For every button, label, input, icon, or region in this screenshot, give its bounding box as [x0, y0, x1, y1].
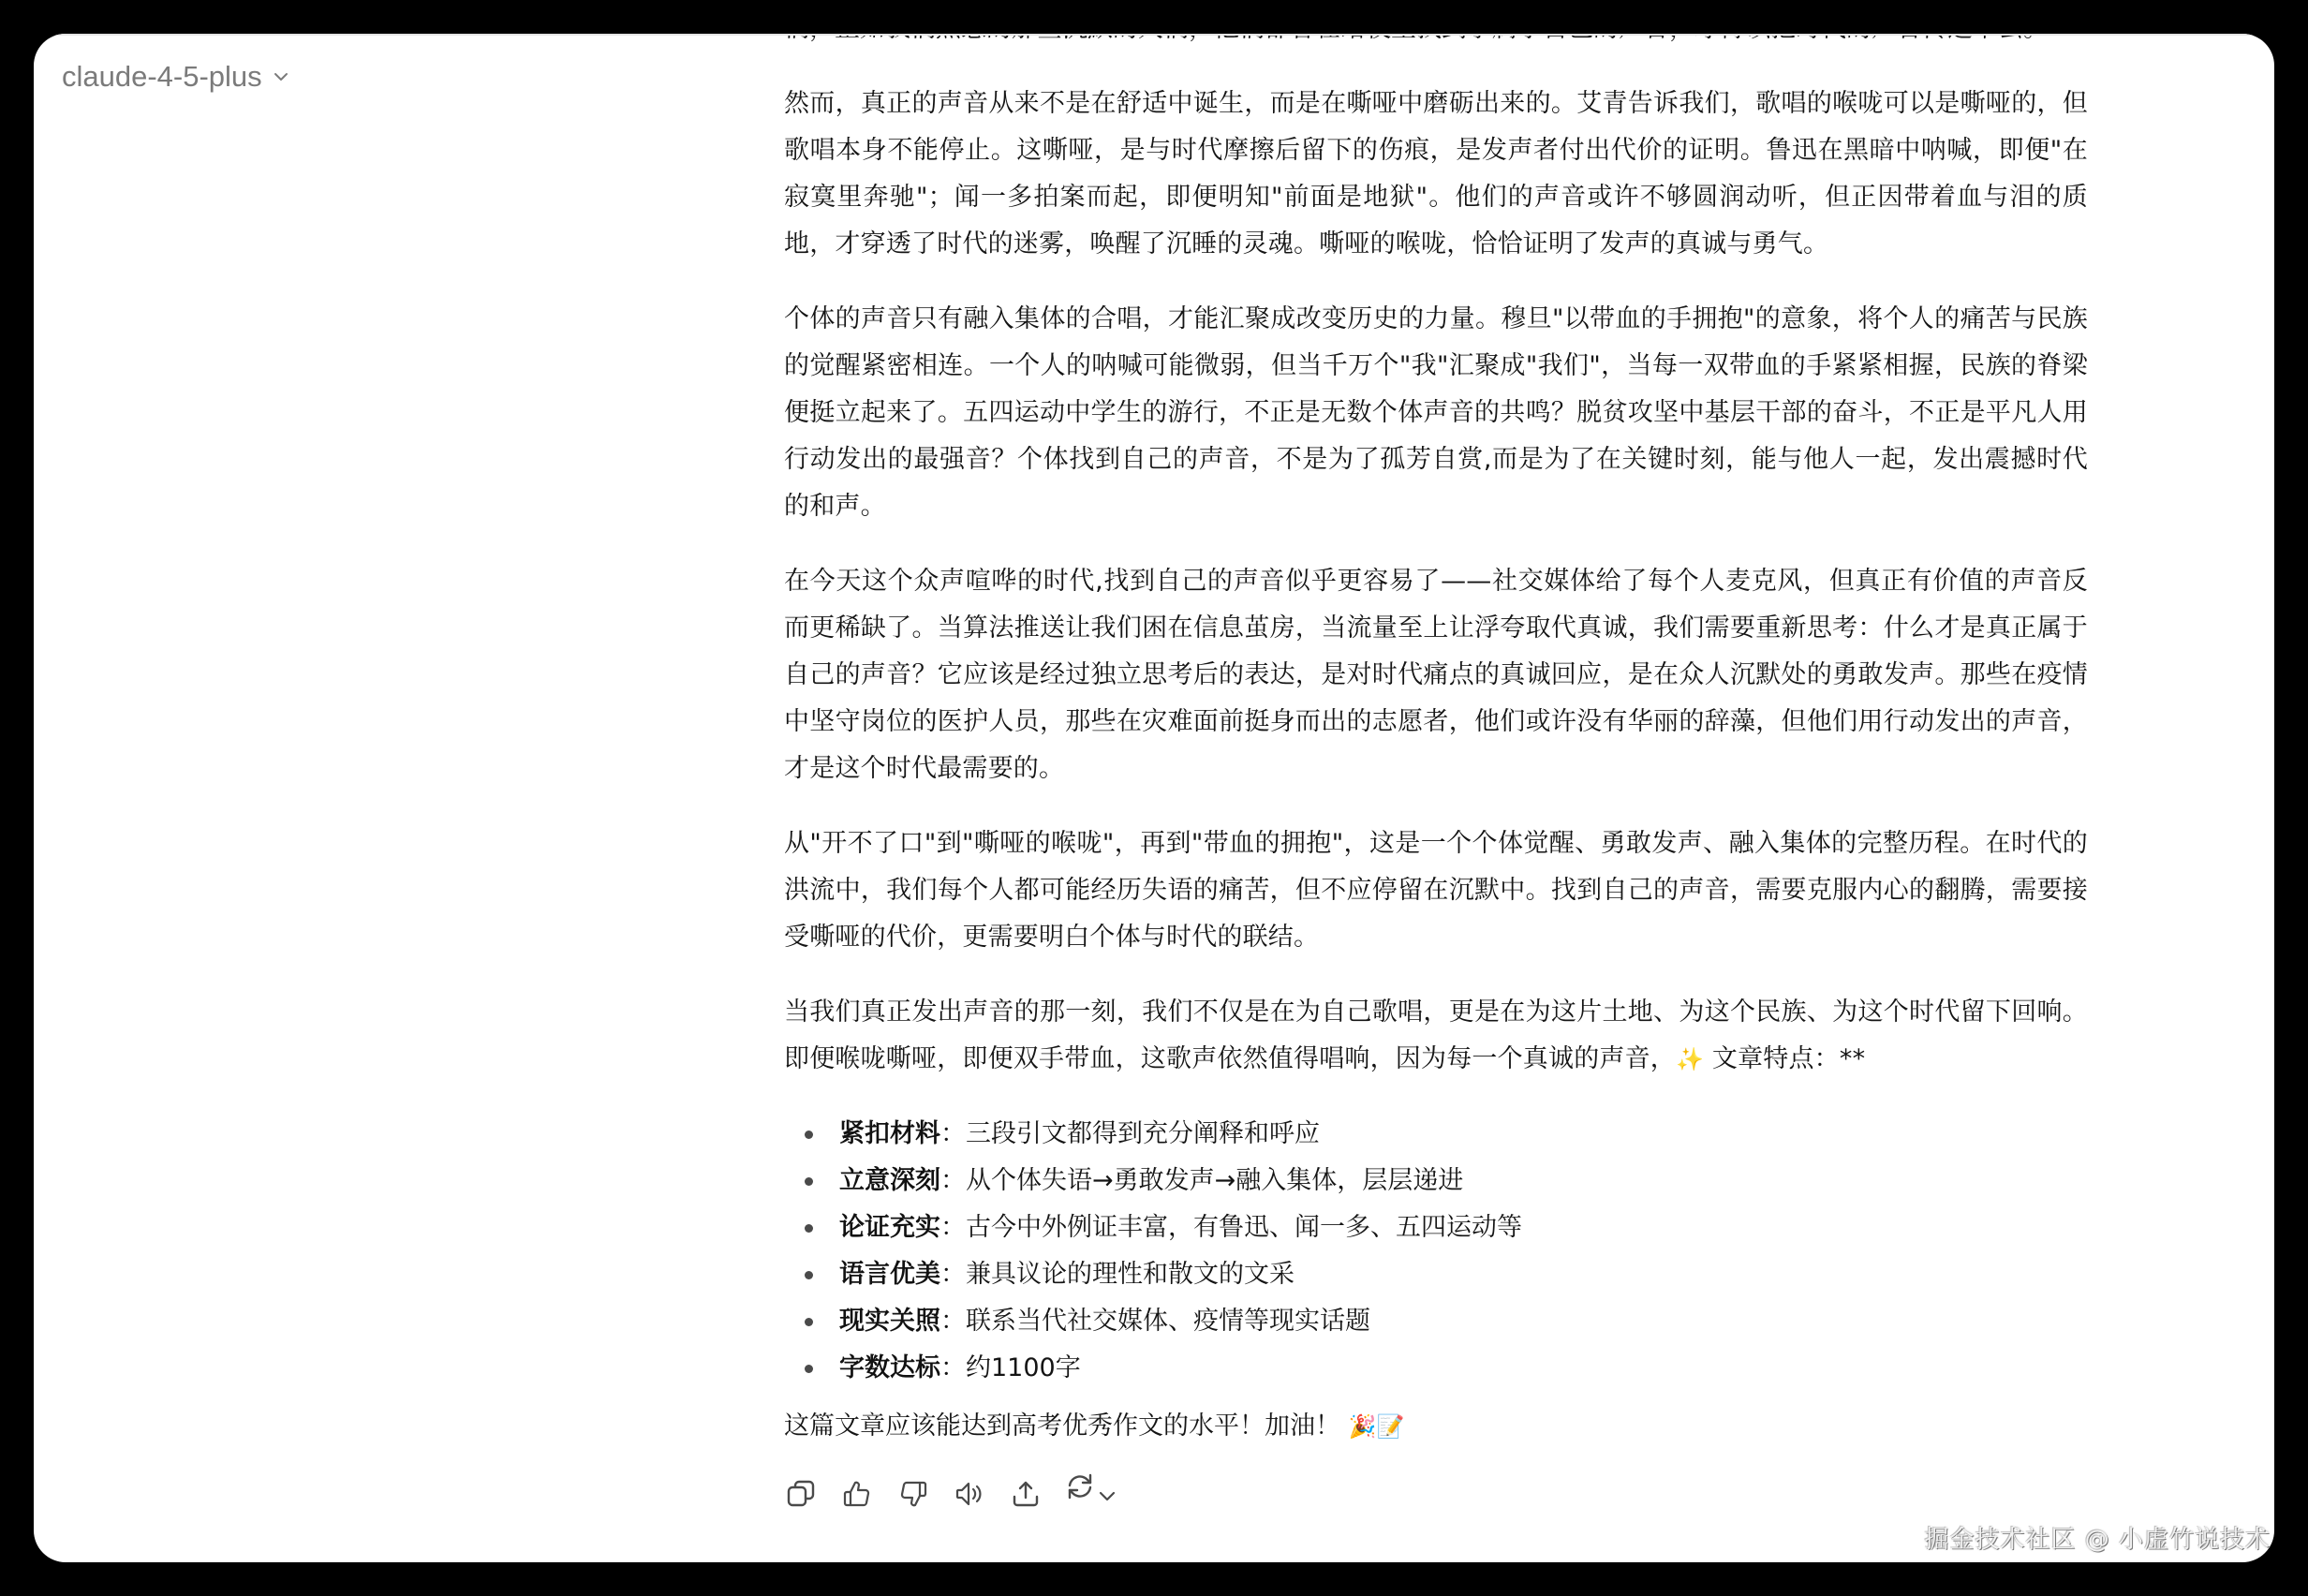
copy-icon [786, 1479, 816, 1509]
message-actions-toolbar [784, 1470, 2088, 1517]
assistant-message: 们，正如我们熟悉的那些沉默的人们，他们都曾在暗夜里找到了属于自己的声音，才得以把… [784, 34, 2088, 1517]
copy-button[interactable] [784, 1473, 840, 1515]
feature-separator: ： [940, 1260, 966, 1289]
top-divider [34, 34, 2274, 36]
feature-text: 约1100字 [966, 1353, 1081, 1382]
chat-window: claude-4-5-plus 们，正如我们熟悉的那些沉默的人们，他们都曾在暗夜… [34, 34, 2274, 1562]
watermark: 掘金技术社区 @ 小虚竹说技术 [1924, 1520, 2271, 1555]
chevron-down-icon [1099, 1470, 1116, 1517]
list-item: 现实关照：联系当代社交媒体、疫情等现实话题 [784, 1298, 2088, 1345]
thumbs-down-icon [898, 1479, 928, 1509]
message-paragraph: 个体的声音只有融入集体的合唱，才能汇聚成改变历史的力量。穆旦"以带血的手拥抱"的… [784, 296, 2088, 530]
feature-label: 论证充实 [839, 1213, 940, 1242]
feature-text: 三段引文都得到充分阐释和呼应 [966, 1119, 1320, 1148]
feature-separator: ： [940, 1119, 966, 1148]
features-heading: 文章特点：** [1704, 1044, 1865, 1073]
chevron-down-icon [274, 72, 288, 81]
feature-text: 从个体失语→勇敢发声→融入集体，层层递进 [966, 1166, 1463, 1195]
share-icon [1011, 1479, 1041, 1509]
bullet-icon [805, 1271, 813, 1279]
list-item: 语言优美：兼具议论的理性和散文的文采 [784, 1251, 2088, 1298]
model-name: claude-4-5-plus [62, 60, 262, 94]
paragraph-text: 当我们真正发出声音的那一刻，我们不仅是在为自己歌唱，更是在为这片土地、为这个民族… [784, 997, 2088, 1073]
feature-separator: ： [940, 1166, 966, 1195]
feature-label: 立意深刻 [839, 1166, 940, 1195]
thumbs-down-button[interactable] [896, 1473, 953, 1515]
feature-label: 语言优美 [839, 1260, 940, 1289]
bullet-icon [805, 1177, 813, 1186]
feature-label: 字数达标 [839, 1353, 940, 1382]
list-item: 立意深刻：从个体失语→勇敢发声→融入集体，层层递进 [784, 1158, 2088, 1204]
model-selector[interactable]: claude-4-5-plus [62, 60, 288, 94]
message-paragraph-last: 当我们真正发出声音的那一刻，我们不仅是在为自己歌唱，更是在为这片土地、为这个民族… [784, 989, 2088, 1083]
features-list: 紧扣材料：三段引文都得到充分阐释和呼应 立意深刻：从个体失语→勇敢发声→融入集体… [784, 1111, 2088, 1392]
feature-text: 兼具议论的理性和散文的文采 [966, 1260, 1295, 1289]
regenerate-button[interactable] [1065, 1470, 1116, 1517]
bullet-icon [805, 1130, 813, 1139]
refresh-icon [1065, 1470, 1095, 1517]
message-paragraph: 从"开不了口"到"嘶哑的喉咙"，再到"带血的拥抱"，这是一个个体觉醒、勇敢发声、… [784, 820, 2088, 961]
party-popper-memo-icon: 🎉📝 [1349, 1413, 1405, 1440]
message-paragraph: 在今天这个众声喧哗的时代,找到自己的声音似乎更容易了——社交媒体给了每个人麦克风… [784, 558, 2088, 792]
feature-separator: ： [940, 1307, 966, 1336]
sparkles-icon: ✨ [1676, 1046, 1704, 1072]
share-button[interactable] [1009, 1473, 1065, 1515]
feature-text: 联系当代社交媒体、疫情等现实话题 [966, 1307, 1370, 1336]
list-item: 字数达标：约1100字 [784, 1345, 2088, 1392]
list-item: 紧扣材料：三段引文都得到充分阐释和呼应 [784, 1111, 2088, 1158]
feature-label: 现实关照 [839, 1307, 940, 1336]
bullet-icon [805, 1365, 813, 1373]
read-aloud-button[interactable] [953, 1473, 1009, 1515]
cutoff-text-line: 们，正如我们熟悉的那些沉默的人们，他们都曾在暗夜里找到了属于自己的声音，才得以把… [784, 34, 2088, 52]
feature-separator: ： [940, 1353, 966, 1382]
feature-text: 古今中外例证丰富，有鲁迅、闻一多、五四运动等 [966, 1213, 1522, 1242]
bullet-icon [805, 1224, 813, 1233]
feature-label: 紧扣材料 [839, 1119, 940, 1148]
bullet-icon [805, 1318, 813, 1326]
closing-text: 这篇文章应该能达到高考优秀作文的水平！加油！ [784, 1411, 1340, 1441]
speaker-icon [954, 1479, 984, 1509]
closing-line: 这篇文章应该能达到高考优秀作文的水平！加油！ 🎉📝 [784, 1403, 2088, 1450]
thumbs-up-icon [842, 1479, 872, 1509]
thumbs-up-button[interactable] [840, 1473, 896, 1515]
list-item: 论证充实：古今中外例证丰富，有鲁迅、闻一多、五四运动等 [784, 1204, 2088, 1251]
feature-separator: ： [940, 1213, 966, 1242]
message-paragraph: 然而，真正的声音从来不是在舒适中诞生，而是在嘶哑中磨砺出来的。艾青告诉我们，歌唱… [784, 81, 2088, 268]
